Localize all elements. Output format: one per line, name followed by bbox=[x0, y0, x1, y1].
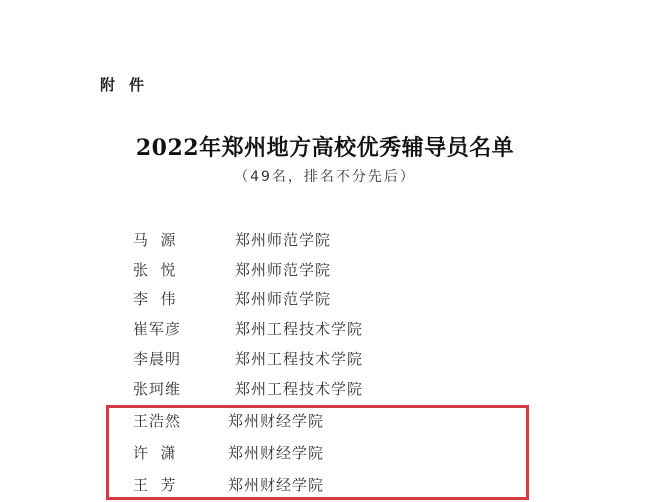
honoree-institution: 郑州工程技术学院 bbox=[235, 377, 363, 401]
honoree-name: 李晨明 bbox=[133, 347, 181, 371]
honoree-name: 许 潇 bbox=[133, 441, 177, 465]
document-title: 2022年郑州地方高校优秀辅导员名单 bbox=[0, 131, 650, 162]
honoree-institution: 郑州师范学院 bbox=[235, 258, 331, 282]
honoree-institution: 郑州师范学院 bbox=[235, 228, 331, 252]
honoree-institution: 郑州财经学院 bbox=[228, 473, 324, 497]
honoree-name: 王 芳 bbox=[133, 473, 177, 497]
honoree-name: 王浩然 bbox=[133, 409, 181, 433]
honoree-name: 崔军彦 bbox=[133, 317, 181, 341]
document-subtitle: （49名，排名不分先后） bbox=[0, 166, 650, 186]
honoree-institution: 郑州财经学院 bbox=[228, 441, 324, 465]
honoree-institution: 郑州师范学院 bbox=[235, 287, 331, 311]
honoree-name: 张 悦 bbox=[133, 258, 177, 282]
honoree-name: 李 伟 bbox=[133, 287, 177, 311]
honoree-institution: 郑州工程技术学院 bbox=[235, 317, 363, 341]
honoree-institution: 郑州工程技术学院 bbox=[235, 347, 363, 371]
honoree-institution: 郑州财经学院 bbox=[228, 409, 324, 433]
attachment-label: 附件 bbox=[100, 74, 158, 95]
honoree-name: 马 源 bbox=[133, 228, 177, 252]
honoree-name: 张珂维 bbox=[133, 377, 181, 401]
